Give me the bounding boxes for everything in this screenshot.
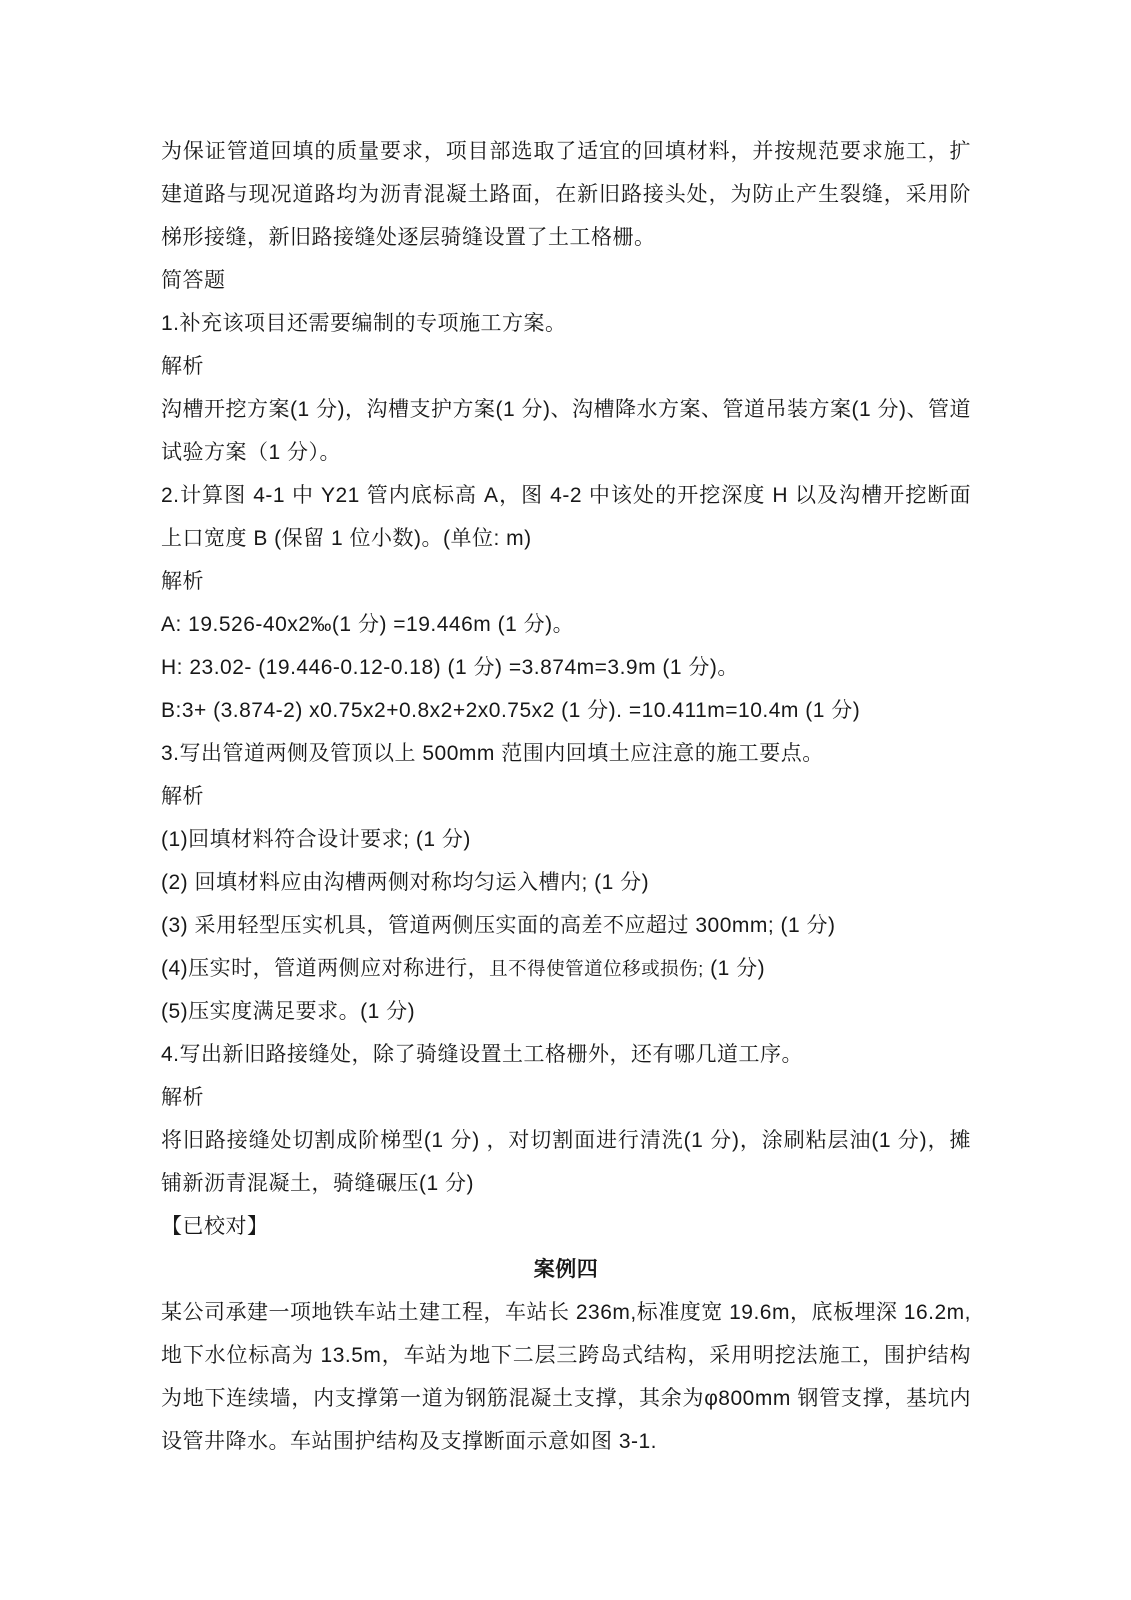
answer-3-item-4: (4)压实时，管道两侧应对称进行，且不得使管道位移或损伤; (1 分) <box>161 947 971 990</box>
question-1: 1.补充该项目还需要编制的专项施工方案。 <box>161 302 971 345</box>
case-four-intro: 某公司承建一项地铁车站土建工程，车站长 236m,标准度宽 19.6m，底板埋深… <box>161 1291 971 1463</box>
document-page: 为保证管道回填的质量要求，项目部选取了适宜的回填材料，并按规范要求施工，扩建道路… <box>0 0 1131 1600</box>
answer-2-formula-a: A: 19.526-40x2‰(1 分) =19.446m (1 分)。 <box>161 603 971 646</box>
answer-2-formula-h: H: 23.02- (19.446-0.12-0.18) (1 分) =3.87… <box>161 646 971 689</box>
answer-2-formula-b: B:3+ (3.874-2) x0.75x2+0.8x2+2x0.75x2 (1… <box>161 689 971 732</box>
intro-paragraph: 为保证管道回填的质量要求，项目部选取了适宜的回填材料，并按规范要求施工，扩建道路… <box>161 130 971 259</box>
proofread-status: 【已校对】 <box>161 1205 971 1248</box>
answer-3-item-4-note: 且不得使管道位移或损伤; <box>489 958 704 979</box>
analysis-label-4: 解析 <box>161 1076 971 1119</box>
short-answer-section-label: 简答题 <box>161 259 971 302</box>
answer-1: 沟槽开挖方案(1 分)，沟槽支护方案(1 分)、沟槽降水方案、管道吊装方案(1 … <box>161 388 971 474</box>
case-four-heading: 案例四 <box>161 1248 971 1291</box>
answer-3-item-2: (2) 回填材料应由沟槽两侧对称均匀运入槽内; (1 分) <box>161 861 971 904</box>
question-4: 4.写出新旧路接缝处，除了骑缝设置土工格栅外，还有哪几道工序。 <box>161 1033 971 1076</box>
answer-4: 将旧路接缝处切割成阶梯型(1 分) ，对切割面进行清洗(1 分)，涂刷粘层油(1… <box>161 1119 971 1205</box>
analysis-label-2: 解析 <box>161 560 971 603</box>
question-3: 3.写出管道两侧及管顶以上 500mm 范围内回填土应注意的施工要点。 <box>161 732 971 775</box>
analysis-label-3: 解析 <box>161 775 971 818</box>
answer-3-item-1: (1)回填材料符合设计要求; (1 分) <box>161 818 971 861</box>
answer-3-item-5: (5)压实度满足要求。(1 分) <box>161 990 971 1033</box>
answer-3-item-4-main: (4)压实时，管道两侧应对称进行， <box>161 957 489 980</box>
question-2: 2.计算图 4-1 中 Y21 管内底标高 A，图 4-2 中该处的开挖深度 H… <box>161 474 971 560</box>
answer-3-item-3: (3) 采用轻型压实机具，管道两侧压实面的高差不应超过 300mm; (1 分) <box>161 904 971 947</box>
answer-3-item-4-score: (1 分) <box>704 957 765 980</box>
analysis-label-1: 解析 <box>161 345 971 388</box>
